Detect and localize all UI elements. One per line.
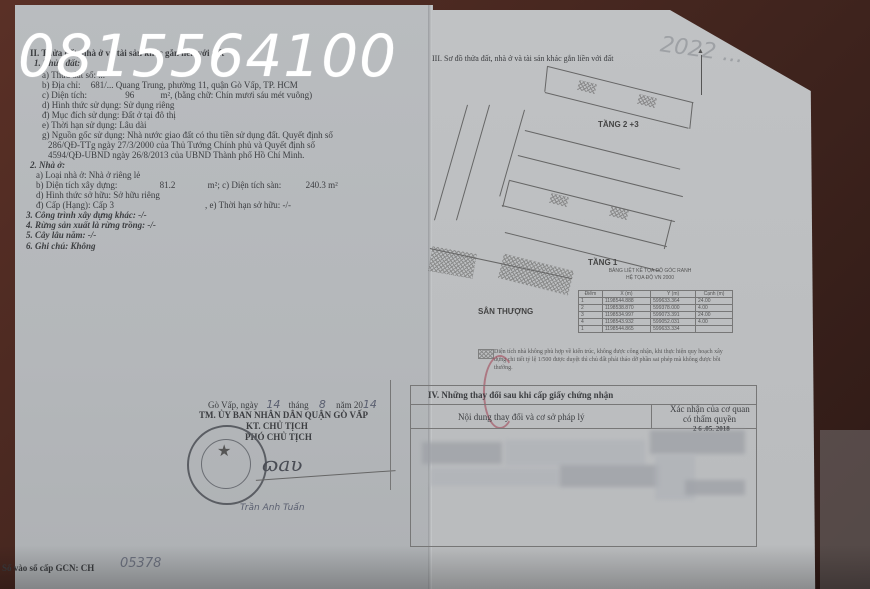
coord-title-2: HỆ TỌA ĐỘ VN 2000 bbox=[595, 275, 705, 282]
date-prefix: Gò Vấp, ngày bbox=[208, 400, 258, 410]
col-y: Y (m) bbox=[651, 291, 696, 298]
shadow bbox=[0, 545, 870, 589]
year-label: năm 20 bbox=[336, 400, 363, 410]
section3-title: III. Sơ đồ thửa đất, nhà ở và tài sản kh… bbox=[432, 53, 613, 64]
signer-name: Trần Anh Tuấn bbox=[240, 503, 305, 514]
signing-org: TM. ỦY BAN NHÂN DÂN QUẬN GÒ VẤP bbox=[199, 410, 368, 421]
column-divider bbox=[651, 404, 652, 428]
floor-area-value: 240.3 m² bbox=[306, 180, 338, 190]
notes: 6. Ghi chú: Không bbox=[26, 241, 96, 252]
area-value: 96 bbox=[125, 90, 134, 100]
col-edge: Cạnh (m) bbox=[696, 291, 733, 298]
label-roof: SÂN THƯỢNG bbox=[478, 307, 533, 316]
coord-title-1: BẢNG LIỆT KÊ TỌA ĐỘ GÓC RANH bbox=[595, 268, 705, 275]
land-origin-3: 4594/QĐ-UBND ngày 26/8/2013 của UBND Thà… bbox=[48, 150, 304, 161]
coordinate-table: Điểm X (m) Y (m) Cạnh (m) 11198544.88859… bbox=[578, 290, 733, 333]
phone-watermark: 0815564100 bbox=[18, 22, 397, 90]
floor-area-label: m²; c) Diện tích sàn: bbox=[208, 180, 282, 190]
label-ground-floor: TẦNG 1 bbox=[588, 258, 617, 267]
table-row: 11198544.865599633.334 bbox=[579, 326, 733, 333]
col-point: Điểm bbox=[579, 291, 603, 298]
star-icon: ★ bbox=[217, 441, 231, 461]
area-unit: m², (bằng chữ: Chín mươi sáu mét vuông) bbox=[160, 90, 312, 100]
table-row: 21198538.870599378.0004.00 bbox=[579, 305, 733, 312]
legend-note: Diện tích nhà không phù hợp về kiến trúc… bbox=[494, 348, 734, 372]
perennial-trees: 5. Cây lâu năm: -/- bbox=[26, 230, 96, 241]
changes-title: IV. Những thay đổi sau khi cấp giấy chứn… bbox=[428, 390, 613, 401]
area-label: c) Diện tích: bbox=[42, 90, 87, 100]
north-arrow-icon bbox=[701, 55, 702, 95]
coord-table-title: BẢNG LIỆT KÊ TỌA ĐỘ GÓC RANH HỆ TỌA ĐỘ V… bbox=[595, 268, 705, 282]
table-row: 11198544.888599633.36424.00 bbox=[579, 298, 733, 305]
month-label: tháng bbox=[289, 400, 309, 410]
build-area-value: 81.2 bbox=[160, 180, 176, 190]
signing-kt: KT. CHỦ TỊCH bbox=[246, 421, 308, 432]
house-ownership-term: , e) Thời hạn sở hữu: -/- bbox=[205, 200, 291, 211]
table-row: 31198534.997599073.39124.00 bbox=[579, 312, 733, 319]
margin-line bbox=[390, 380, 391, 490]
table-row: 41198543.932599052.0314.00 bbox=[579, 319, 733, 326]
col-x: X (m) bbox=[602, 291, 650, 298]
label-upper-floor: TẦNG 2 +3 bbox=[598, 120, 639, 129]
changes-col-content: Nội dung thay đổi và cơ sở pháp lý bbox=[458, 412, 585, 423]
legend-hatch-icon bbox=[478, 349, 494, 359]
build-area-label: b) Diện tích xây dựng: bbox=[36, 180, 117, 190]
